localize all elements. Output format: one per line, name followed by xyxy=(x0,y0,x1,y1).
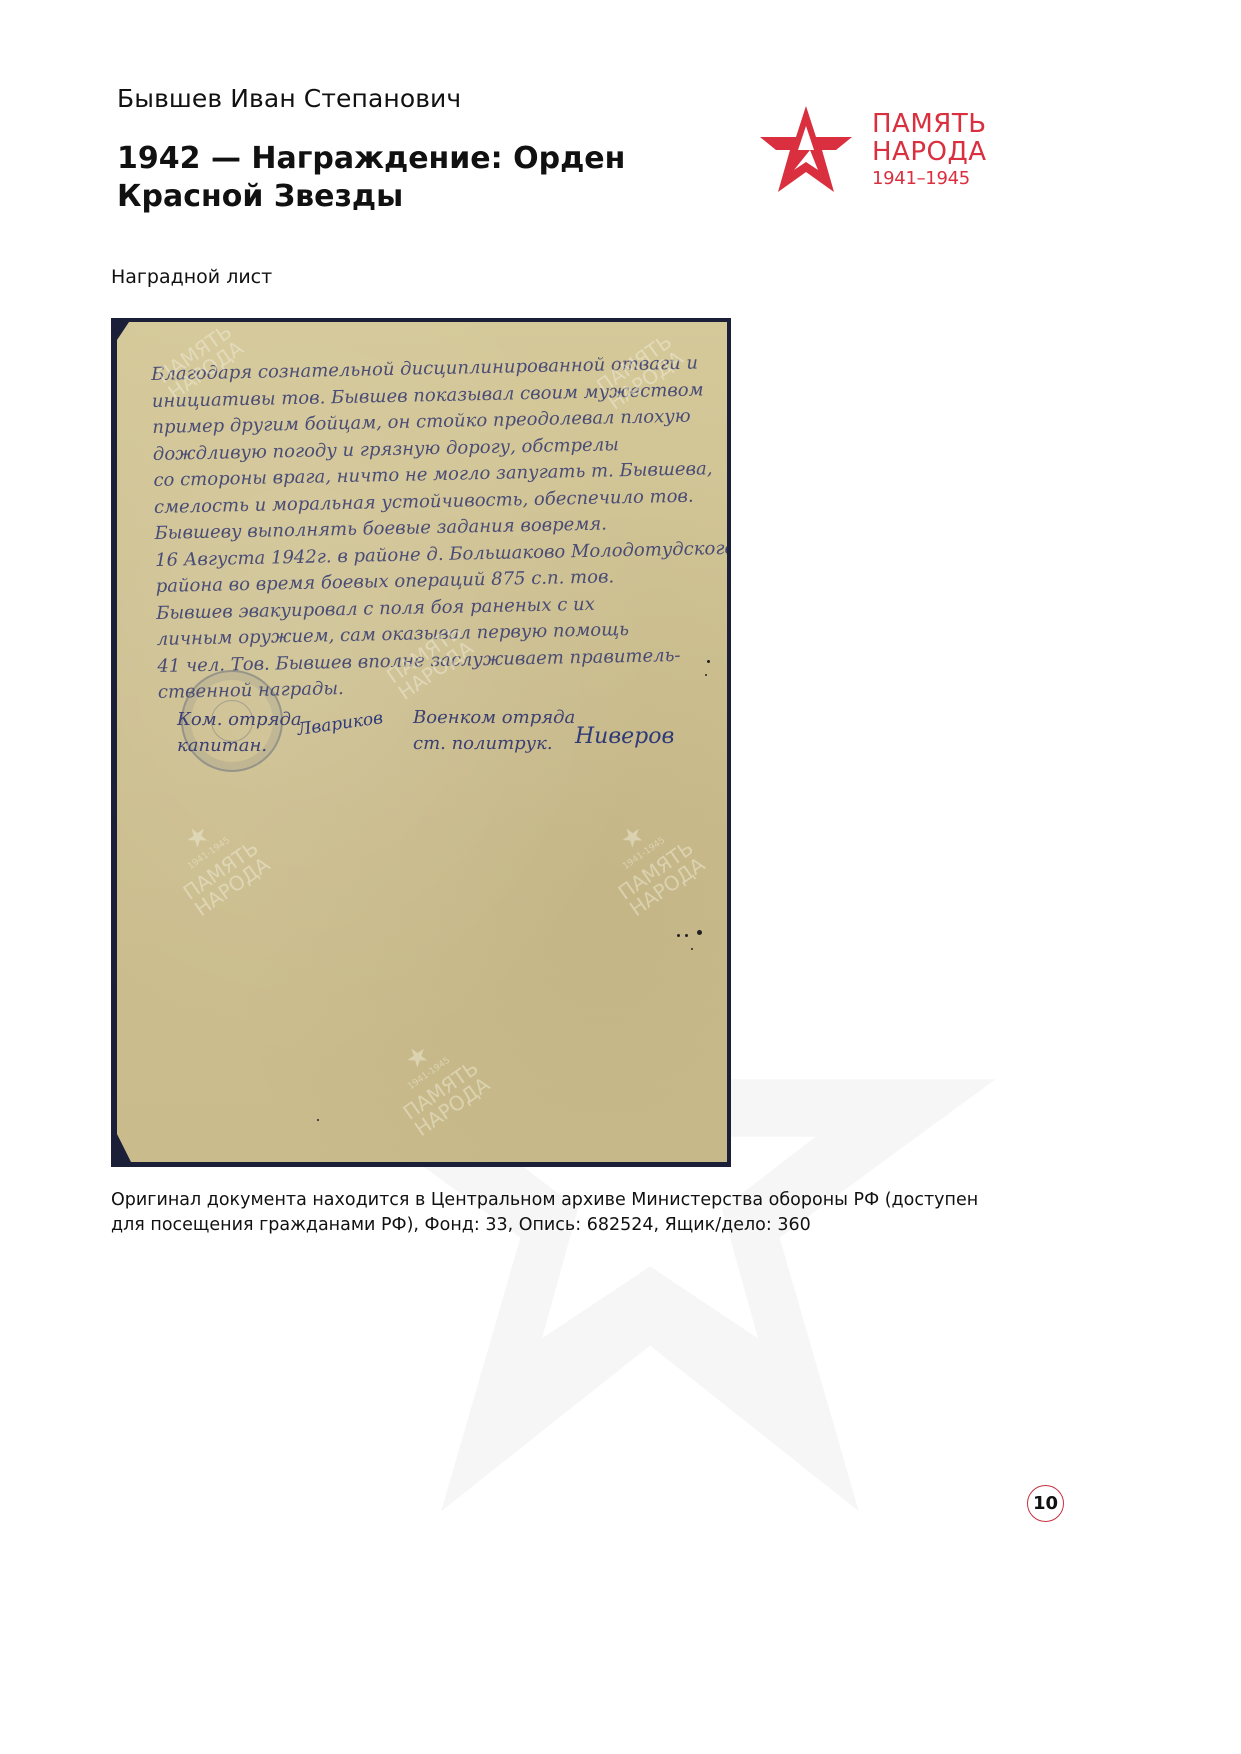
signature-commander-title: Ком. отряда xyxy=(177,707,302,733)
signature-commander-scrawl: Лвариков xyxy=(296,708,384,740)
signature-commissar: Военком отряда ст. политрук. xyxy=(413,705,575,757)
award-title: 1942 — Награждение: Орден Красной Звезды xyxy=(117,140,737,216)
pamyat-naroda-logo: ПАМЯТЬ НАРОДА 1941–1945 xyxy=(758,104,1008,199)
paper-sheet: Благодаря сознательной дисциплинированно… xyxy=(117,322,727,1162)
watermark: ★ 1941-1945 ПАМЯТЬ НАРОДА xyxy=(157,805,273,920)
archive-caption: Оригинал документа находится в Центральн… xyxy=(111,1188,1011,1238)
document-type-label: Наградной лист xyxy=(111,266,272,288)
signature-commander: Ком. отряда капитан. xyxy=(177,707,302,759)
signature-commissar-rank: ст. политрук. xyxy=(413,731,575,757)
award-sheet-scan: Благодаря сознательной дисциплинированно… xyxy=(111,318,731,1167)
logo-years: 1941–1945 xyxy=(872,166,987,192)
logo-line-1: ПАМЯТЬ xyxy=(872,110,987,138)
signature-commander-rank: капитан. xyxy=(177,733,302,759)
watermark: ★ 1941-1945 ПАМЯТЬ НАРОДА xyxy=(592,805,708,920)
red-star-icon xyxy=(758,104,854,196)
watermark: ★ 1941-1945 ПАМЯТЬ НАРОДА xyxy=(377,1025,493,1140)
signature-commissar-scrawl: Ниверов xyxy=(575,724,674,749)
signature-commissar-title: Военком отряда xyxy=(413,705,575,731)
page-number: 10 xyxy=(1027,1485,1064,1522)
person-name: Бывшев Иван Степанович xyxy=(117,84,461,113)
logo-line-2: НАРОДА xyxy=(872,138,987,166)
